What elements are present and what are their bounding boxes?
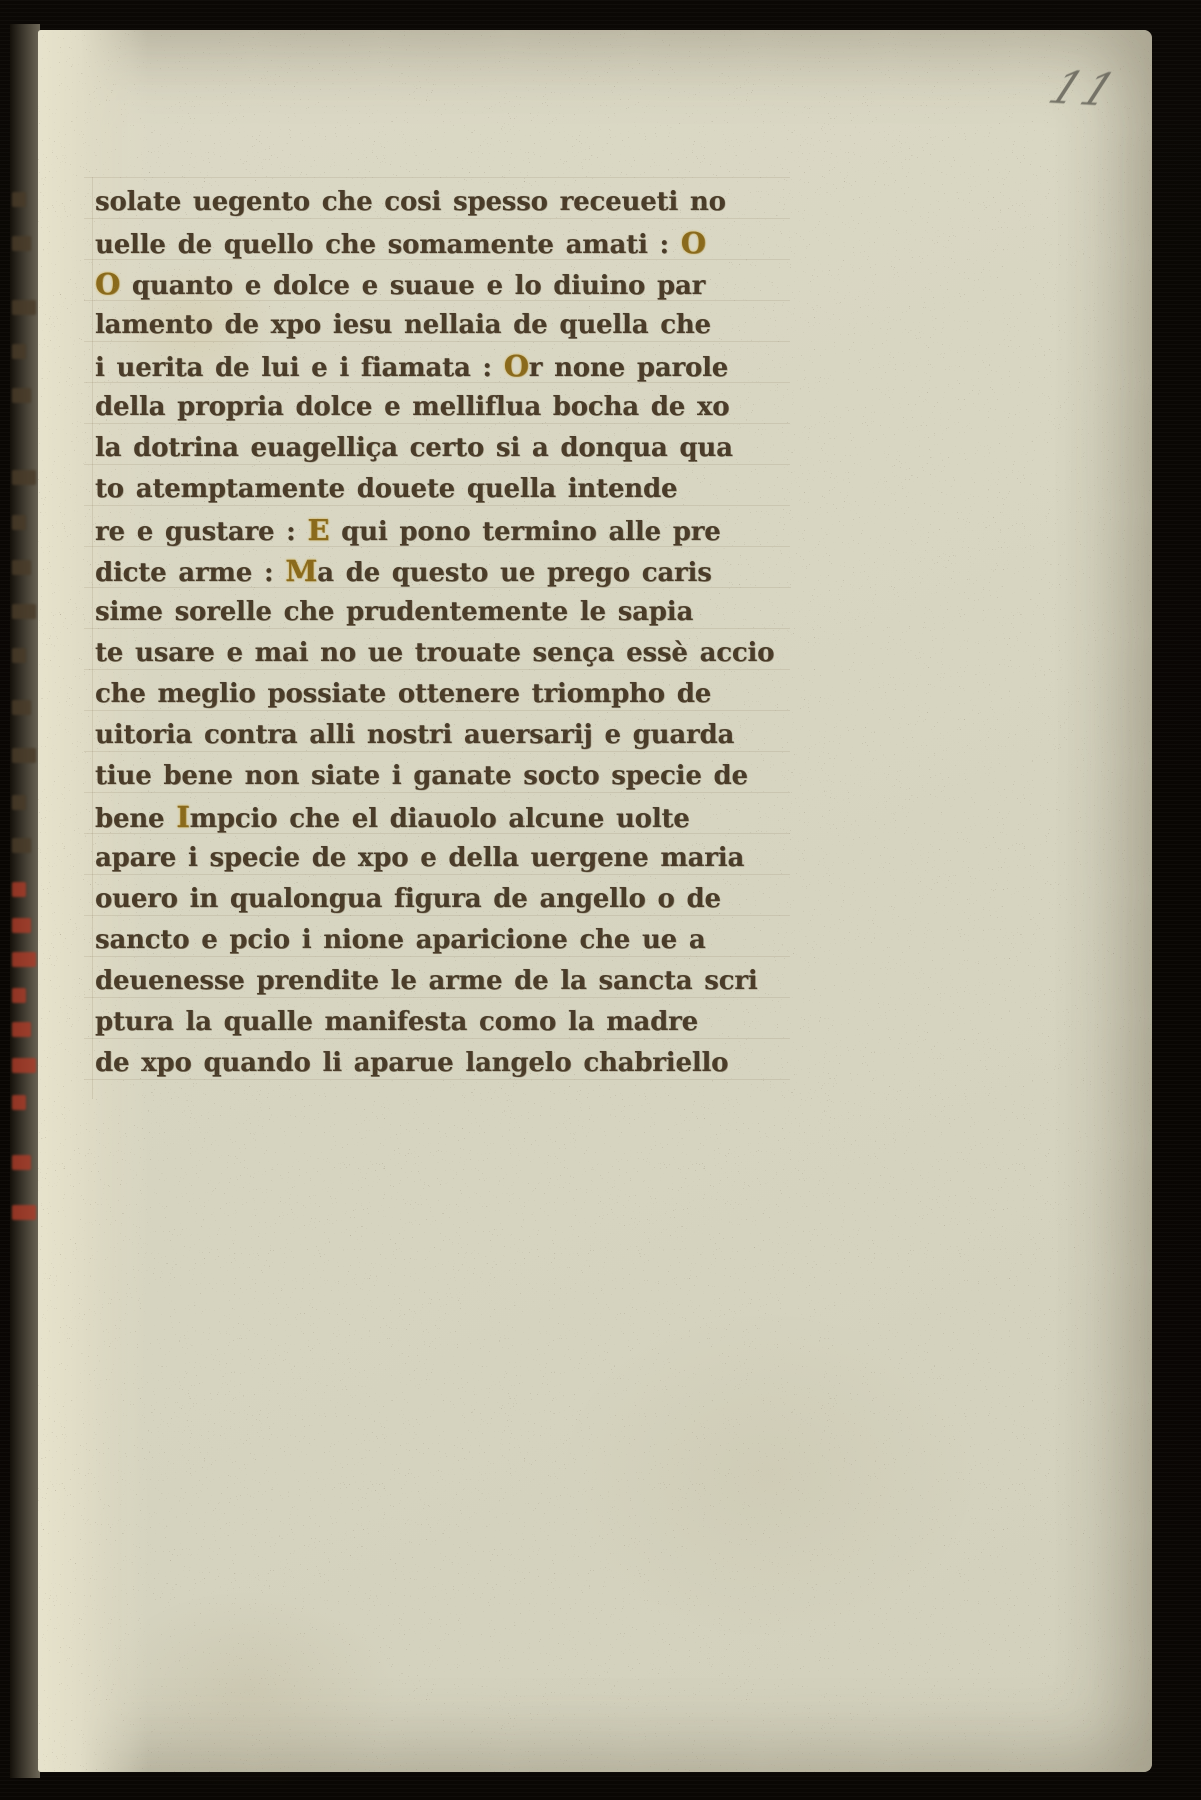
ink-text: to atemptamente douete quella intende — [95, 474, 677, 504]
gold-initial: M — [285, 554, 317, 588]
gutter-fragment — [12, 515, 26, 530]
gutter-fragment — [12, 344, 26, 359]
ink-text: de xpo quando li aparue langelo chabriel… — [95, 1048, 728, 1078]
ink-text: sancto e pcio i nione aparicione che ue … — [95, 925, 706, 955]
gutter-fragment — [12, 560, 31, 575]
text-line: lamento de xpo iesu nellaia de quella ch… — [95, 305, 795, 346]
text-line: te usare e mai no ue trouate sença essè … — [95, 633, 795, 674]
text-line: della propria dolce e melliflua bocha de… — [95, 387, 795, 428]
ink-text: qui pono termino alle pre — [329, 517, 720, 547]
gutter-fragment — [12, 838, 31, 853]
gutter-fragment — [12, 1205, 36, 1220]
gutter-fragment — [12, 918, 31, 933]
ink-text: mpcio che el diauolo alcune uolte — [190, 804, 690, 834]
gutter-fragment — [12, 648, 26, 663]
gutter-fragment — [12, 300, 36, 315]
gutter-fragment — [12, 795, 26, 810]
manuscript-page: solate uegento che cosi spesso receueti … — [38, 30, 1152, 1772]
text-line: tiue bene non siate i ganate socto speci… — [95, 756, 795, 797]
ink-text: quanto e dolce e suaue e lo diuino par — [120, 271, 705, 301]
gutter-fragment — [12, 192, 26, 207]
text-line: bene Impcio che el diauolo alcune uolte — [95, 797, 795, 838]
gutter-fragment — [12, 882, 26, 897]
gold-initial: E — [307, 513, 329, 547]
gutter-fragment — [12, 470, 36, 485]
ink-text: bene — [95, 804, 176, 834]
text-line: uelle de quello che somamente amati : O — [95, 223, 795, 264]
ink-text: re e gustare : — [95, 517, 307, 547]
ink-text: solate uegento che cosi spesso receueti … — [95, 187, 726, 217]
ink-text: a de questo ue prego caris — [317, 558, 712, 588]
text-line: de xpo quando li aparue langelo chabriel… — [95, 1043, 795, 1084]
text-line: i uerita de lui e i fiamata : Or none pa… — [95, 346, 795, 387]
ink-text: apare i specie de xpo e della uergene ma… — [95, 843, 744, 873]
text-line: solate uegento che cosi spesso receueti … — [95, 182, 795, 223]
ink-text: della propria dolce e melliflua bocha de… — [95, 392, 729, 422]
text-line: deuenesse prendite le arme de la sancta … — [95, 961, 795, 1002]
gutter-fragment — [12, 388, 31, 403]
photo-background: solate uegento che cosi spesso receueti … — [0, 0, 1201, 1800]
text-line: la dotrina euagelliça certo si a donqua … — [95, 428, 795, 469]
ink-text: i uerita de lui e i fiamata : — [95, 353, 504, 383]
text-line: dicte arme : Ma de questo ue prego caris — [95, 551, 795, 592]
text-line: O quanto e dolce e suaue e lo diuino par — [95, 264, 795, 305]
text-line: to atemptamente douete quella intende — [95, 469, 795, 510]
gutter-fragment — [12, 1022, 31, 1037]
ink-text: che meglio possiate ottenere triompho de — [95, 679, 711, 709]
text-line: sime sorelle che prudentemente le sapia — [95, 592, 795, 633]
folio-number: 11 — [1041, 62, 1127, 116]
ink-text: la dotrina euagelliça certo si a donqua … — [95, 433, 733, 463]
ink-text: ptura la qualle manifesta como la madre — [95, 1007, 698, 1037]
gutter-fragment — [12, 952, 36, 967]
gutter-fragment — [12, 988, 26, 1003]
text-line: che meglio possiate ottenere triompho de — [95, 674, 795, 715]
ink-text: tiue bene non siate i ganate socto speci… — [95, 761, 748, 791]
ink-text: uitoria contra alli nostri auersarij e g… — [95, 720, 734, 750]
ink-text: r none parole — [529, 353, 728, 383]
parchment-stain — [558, 1310, 978, 1640]
ink-text: lamento de xpo iesu nellaia de quella ch… — [95, 310, 711, 340]
text-line: re e gustare : E qui pono termino alle p… — [95, 510, 795, 551]
ink-text: sime sorelle che prudentemente le sapia — [95, 597, 693, 627]
gold-initial: I — [176, 800, 189, 834]
ink-text: dicte arme : — [95, 558, 285, 588]
gutter-previous-page-edge — [10, 24, 40, 1778]
gutter-fragment — [12, 1058, 36, 1073]
text-block: solate uegento che cosi spesso receueti … — [95, 182, 795, 1084]
gold-initial: O — [95, 267, 120, 301]
text-line: ouero in qualongua figura de angello o d… — [95, 879, 795, 920]
gutter-fragment — [12, 604, 36, 619]
parchment-stain — [98, 1590, 398, 1790]
ink-text: ouero in qualongua figura de angello o d… — [95, 884, 721, 914]
gutter-fragment — [12, 236, 31, 251]
ink-text: uelle de quello che somamente amati : — [95, 230, 681, 260]
gold-initial: O — [504, 349, 529, 383]
gutter-fragment — [12, 1155, 31, 1170]
text-line: uitoria contra alli nostri auersarij e g… — [95, 715, 795, 756]
ink-text: deuenesse prendite le arme de la sancta … — [95, 966, 758, 996]
ink-text: te usare e mai no ue trouate sença essè … — [95, 638, 774, 668]
gutter-fragment — [12, 1095, 26, 1110]
text-line: sancto e pcio i nione aparicione che ue … — [95, 920, 795, 961]
gutter-fragment — [12, 700, 31, 715]
gutter-fragment — [12, 748, 36, 763]
text-line: apare i specie de xpo e della uergene ma… — [95, 838, 795, 879]
text-line: ptura la qualle manifesta como la madre — [95, 1002, 795, 1043]
gold-initial: O — [681, 226, 706, 260]
